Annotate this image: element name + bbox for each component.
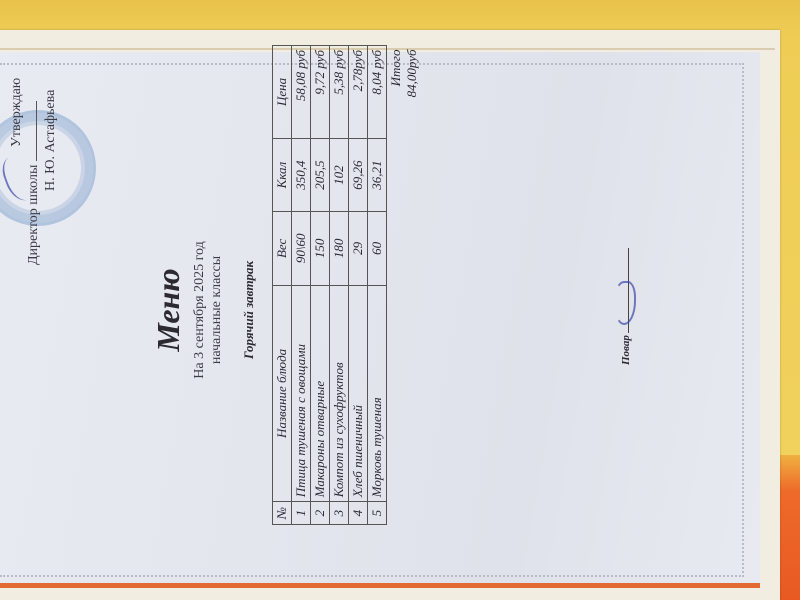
approval-label: Утверждаю — [8, 65, 25, 265]
empty-cell — [387, 212, 422, 285]
header-weight: Вес — [273, 212, 292, 285]
dish-name: Хлеб пшеничный — [349, 285, 368, 502]
dish-kcal: 36,21 — [368, 138, 387, 211]
dish-kcal: 69,26 — [349, 138, 368, 211]
dish-weight: 90\60 — [292, 212, 311, 285]
dish-weight: 180 — [330, 212, 349, 285]
header-kcal: Ккал — [273, 138, 292, 211]
empty-cell — [387, 502, 422, 525]
total-price: Итого 84,00руб — [387, 46, 422, 139]
table-row: 4 Хлеб пшеничный 29 69,26 2,78руб — [349, 46, 368, 525]
total-row: Итого 84,00руб — [387, 46, 422, 525]
empty-cell — [387, 285, 422, 502]
meal-heading: Горячий завтрак — [241, 55, 257, 565]
table-header-row: № Название блюда Вес Ккал Цена — [273, 46, 292, 525]
table-row: 5 Морковь тушеная 60 36,21 8,04 руб — [368, 46, 387, 525]
header-price: Цена — [273, 46, 292, 139]
row-num: 1 — [292, 502, 311, 525]
dish-price: 8,04 руб — [368, 46, 387, 139]
cook-signature-line — [628, 248, 629, 333]
director-position: Директор школы — [26, 165, 41, 265]
dish-kcal: 102 — [330, 138, 349, 211]
dish-price: 9,72 руб — [311, 46, 330, 139]
dish-price: 2,78руб — [349, 46, 368, 139]
approval-block: Утверждаю Директор школы Н. Ю. Астафьева — [8, 65, 59, 265]
dish-price: 58,08 руб — [292, 46, 311, 139]
director-name: Н. Ю. Астафьева — [42, 65, 59, 265]
table-row: 2 Макароны отварные 150 205,5 9,72 руб — [311, 46, 330, 525]
row-num: 4 — [349, 502, 368, 525]
row-num: 2 — [311, 502, 330, 525]
menu-group: начальные классы — [209, 55, 225, 565]
header-dish: Название блюда — [273, 285, 292, 502]
dish-price: 5,38 руб — [330, 46, 349, 139]
dish-name: Морковь тушеная — [368, 285, 387, 502]
header-num: № — [273, 502, 292, 525]
row-num: 5 — [368, 502, 387, 525]
row-num: 3 — [330, 502, 349, 525]
dish-weight: 150 — [311, 212, 330, 285]
dish-kcal: 205,5 — [311, 138, 330, 211]
dish-weight: 60 — [368, 212, 387, 285]
menu-title: Меню — [150, 55, 187, 565]
dish-name: Компот из сухофруктов — [330, 285, 349, 502]
cook-signature-icon — [614, 281, 636, 325]
cook-label: Повар — [620, 335, 632, 365]
dish-kcal: 350,4 — [292, 138, 311, 211]
dish-name: Птица тушеная с овощами — [292, 285, 311, 502]
table-row: 1 Птица тушеная с овощами 90\60 350,4 58… — [292, 46, 311, 525]
frame-bottom-edge — [0, 583, 760, 588]
menu-date: На 3 сентября 2025 год — [192, 55, 208, 565]
signature-line — [36, 101, 37, 161]
menu-document: Утверждаю Директор школы Н. Ю. Астафьева… — [0, 55, 760, 565]
menu-table: № Название блюда Вес Ккал Цена 1 Птица т… — [272, 45, 421, 525]
dish-name: Макароны отварные — [311, 285, 330, 502]
table-row: 3 Компот из сухофруктов 180 102 5,38 руб — [330, 46, 349, 525]
cook-signature-block: Повар — [620, 248, 632, 365]
dish-weight: 29 — [349, 212, 368, 285]
empty-cell — [387, 138, 422, 211]
